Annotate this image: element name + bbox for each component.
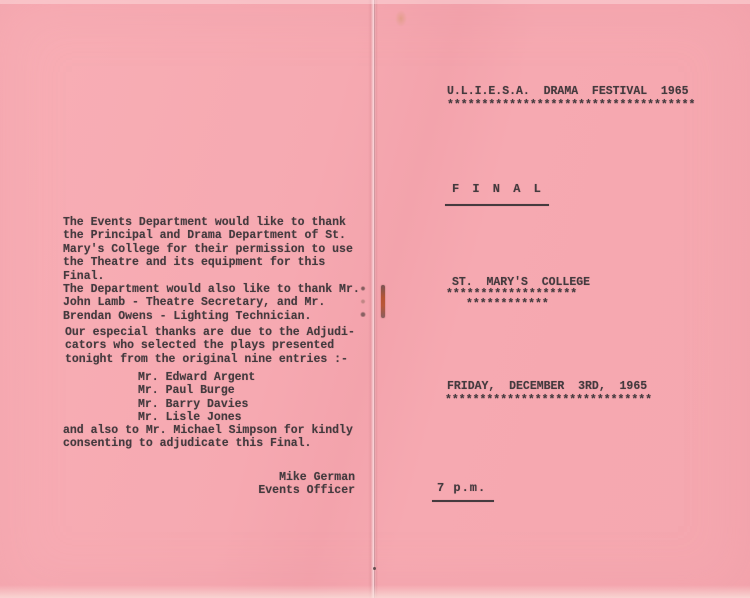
- festival-title-stars: ************************************: [447, 99, 695, 112]
- scan-edge-top: [0, 0, 750, 4]
- signature-block: Mike GermanEvents Officer: [253, 471, 355, 498]
- adjudicators-paragraph: Our especial thanks are due to the Adjud…: [65, 326, 355, 366]
- scanned-programme: The Events Department would like to than…: [0, 0, 750, 598]
- thanks-college-paragraph: The Events Department would like to than…: [63, 216, 353, 283]
- adjudicator-names-list: Mr. Edward Argent Mr. Paul Burge Mr. Bar…: [138, 371, 255, 425]
- college-stars-row2: ************: [466, 298, 549, 311]
- final-heading-underline: [445, 204, 549, 206]
- fold-crease-line: [374, 0, 375, 598]
- fold-crease: [368, 0, 378, 598]
- simpson-paragraph: and also to Mr. Michael Simpson for kind…: [63, 424, 353, 451]
- festival-title: U.L.I.E.S.A. DRAMA FESTIVAL 1965********…: [447, 85, 695, 113]
- ink-speck: [373, 567, 376, 570]
- event-time-underline: [432, 500, 494, 502]
- event-date: FRIDAY, DECEMBER 3RD, 1965: [447, 380, 647, 393]
- scan-edge-bottom: [0, 585, 750, 598]
- signature-name: Mike German: [279, 471, 355, 484]
- staple-mark-left: [360, 286, 366, 317]
- event-time: 7 p.m.: [437, 482, 486, 495]
- staple-mark-right: [381, 285, 385, 318]
- stain-mark: [395, 10, 407, 27]
- final-heading: F I N A L: [452, 183, 544, 196]
- thanks-staff-paragraph: The Department would also like to thank …: [63, 283, 360, 323]
- festival-title-text: U.L.I.E.S.A. DRAMA FESTIVAL 1965: [447, 85, 689, 98]
- event-date-stars: ******************************: [445, 394, 652, 407]
- signature-title: Events Officer: [258, 484, 355, 497]
